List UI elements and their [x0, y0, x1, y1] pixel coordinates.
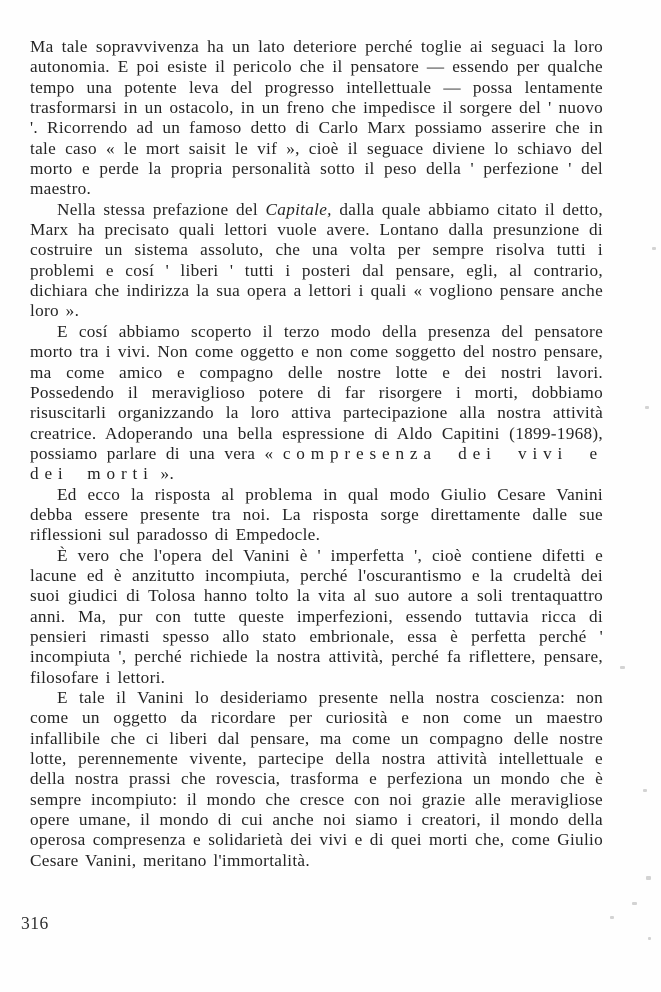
paragraph-3: E cosí abbiamo scoperto il terzo modo de… [30, 322, 603, 485]
paragraph-2: Nella stessa prefazione del Capitale, da… [30, 200, 603, 322]
paragraph-5: È vero che l'opera del Vanini è ' imperf… [30, 546, 603, 688]
paragraph-4: Ed ecco la risposta al problema in qual … [30, 485, 603, 546]
scan-speck [620, 666, 625, 669]
page-number: 316 [21, 913, 49, 934]
text-run-italic: Capitale, [266, 200, 332, 219]
text-run: E tale il Vanini lo desideriamo presente… [30, 688, 603, 870]
text-run: ». [154, 464, 174, 483]
scan-speck [632, 902, 637, 905]
scan-speck [646, 876, 651, 880]
book-page: Ma tale sopravvivenza ha un lato deterio… [0, 0, 661, 992]
scan-speck [643, 789, 647, 792]
paragraph-1: Ma tale sopravvivenza ha un lato deterio… [30, 37, 603, 200]
scan-speck [652, 247, 656, 250]
text-block: Ma tale sopravvivenza ha un lato deterio… [30, 37, 603, 871]
scan-speck [648, 937, 651, 940]
text-run: Nella stessa prefazione del [57, 200, 266, 219]
text-run: È vero che l'opera del Vanini è ' imperf… [30, 546, 603, 687]
scan-speck [645, 406, 649, 409]
scan-speck [610, 916, 614, 919]
text-run: Ed ecco la risposta al problema in qual … [30, 485, 603, 545]
text-run: E cosí abbiamo scoperto il terzo modo de… [30, 322, 603, 463]
text-run: Ma tale sopravvivenza ha un lato deterio… [30, 37, 603, 198]
paragraph-6: E tale il Vanini lo desideriamo presente… [30, 688, 603, 871]
